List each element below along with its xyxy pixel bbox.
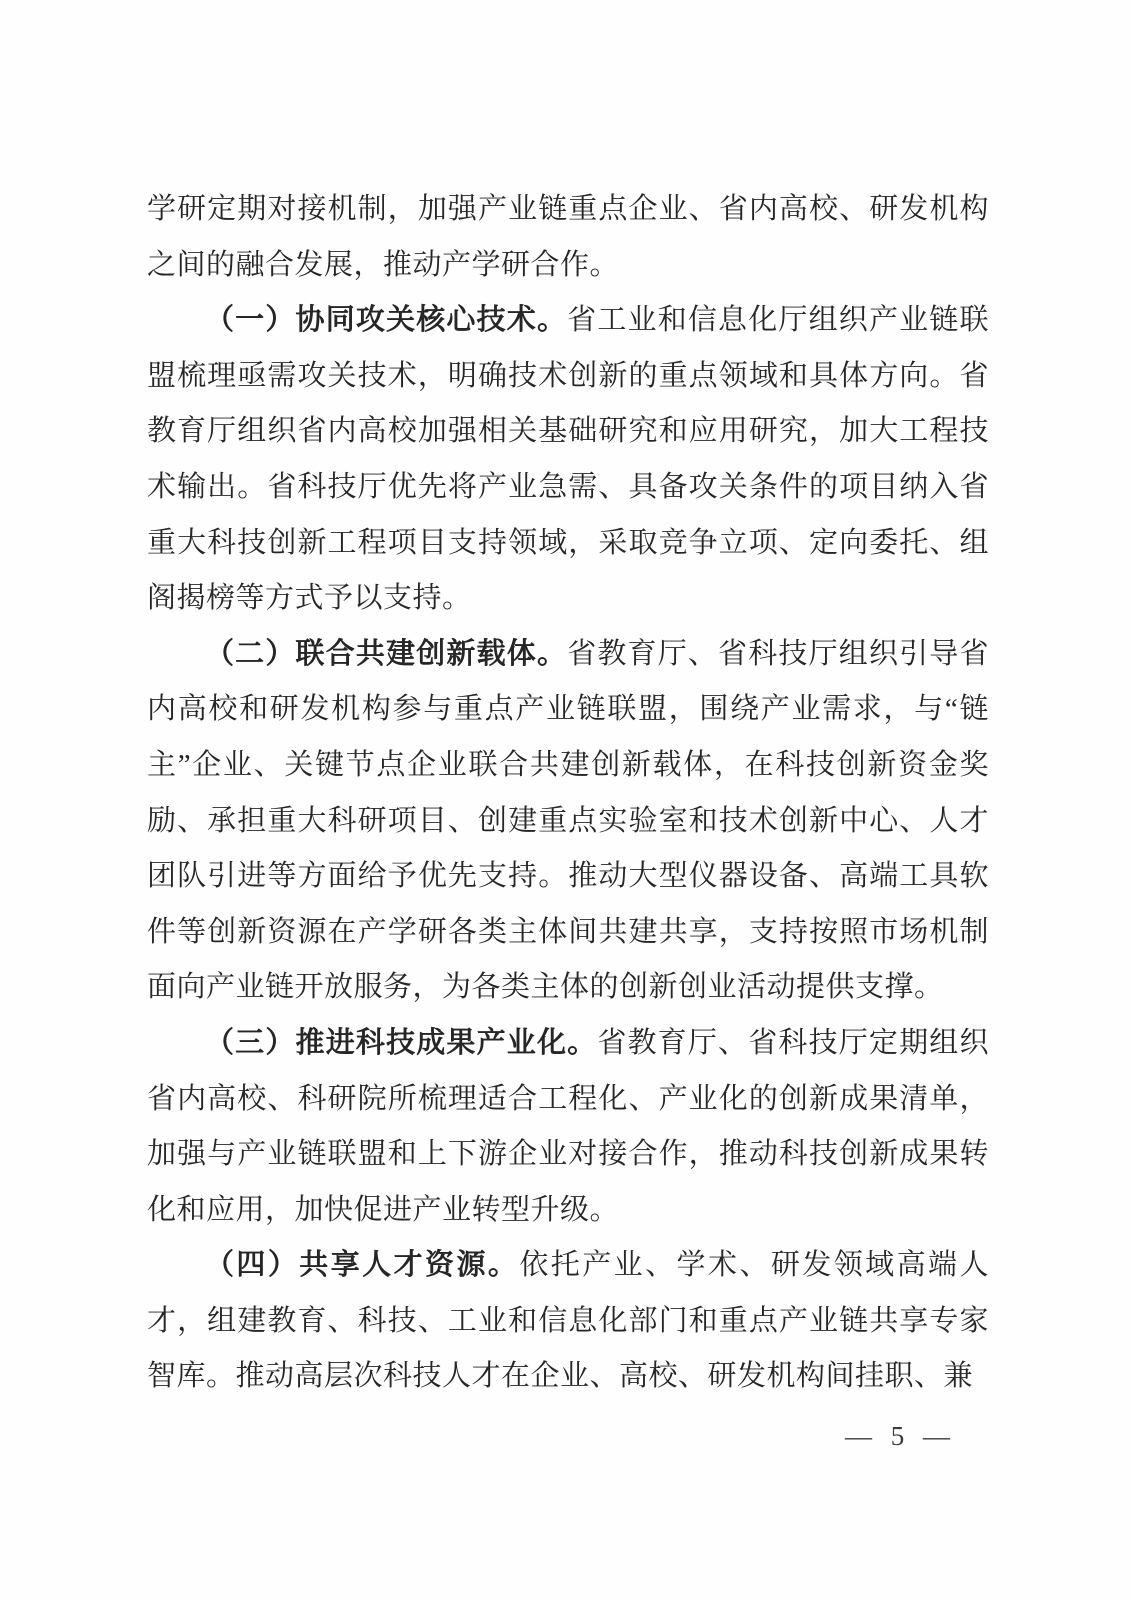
section-heading-run: （二）联合共建创新载体。 bbox=[205, 638, 567, 670]
body-text-run: 学研定期对接机制，加强产业链重点企业、省内高校、研发机构之间的融合发展，推动产学… bbox=[147, 193, 989, 281]
paragraph: （一）协同攻关核心技术。省工业和信息化厅组织产业链联盟梳理亟需攻关技术，明确技术… bbox=[147, 293, 989, 627]
paragraph: （三）推进科技成果产业化。省教育厅、省科技厅定期组织省内高校、科研院所梳理适合工… bbox=[147, 1016, 989, 1238]
paragraph: （二）联合共建创新载体。省教育厅、省科技厅组织引导省内高校和研发机构参与重点产业… bbox=[147, 627, 989, 1016]
paragraph: 学研定期对接机制，加强产业链重点企业、省内高校、研发机构之间的融合发展，推动产学… bbox=[147, 182, 989, 293]
document-page: 学研定期对接机制，加强产业链重点企业、省内高校、研发机构之间的融合发展，推动产学… bbox=[0, 0, 1131, 1600]
section-heading-run: （一）协同攻关核心技术。 bbox=[205, 304, 567, 336]
document-body: 学研定期对接机制，加强产业链重点企业、省内高校、研发机构之间的融合发展，推动产学… bbox=[147, 182, 989, 1405]
section-heading-run: （四）共享人才资源。 bbox=[205, 1249, 519, 1281]
page-number: — 5 — bbox=[845, 1421, 951, 1451]
page-footer: — 5 — bbox=[845, 1418, 951, 1454]
body-text-run: 省工业和信息化厅组织产业链联盟梳理亟需攻关技术，明确技术创新的重点领域和具体方向… bbox=[147, 304, 989, 614]
paragraph: （四）共享人才资源。依托产业、学术、研发领域高端人才，组建教育、科技、工业和信息… bbox=[147, 1238, 989, 1405]
section-heading-run: （三）推进科技成果产业化。 bbox=[205, 1027, 597, 1059]
body-text-run: 省教育厅、省科技厅组织引导省内高校和研发机构参与重点产业链联盟，围绕产业需求，与… bbox=[147, 638, 989, 1004]
